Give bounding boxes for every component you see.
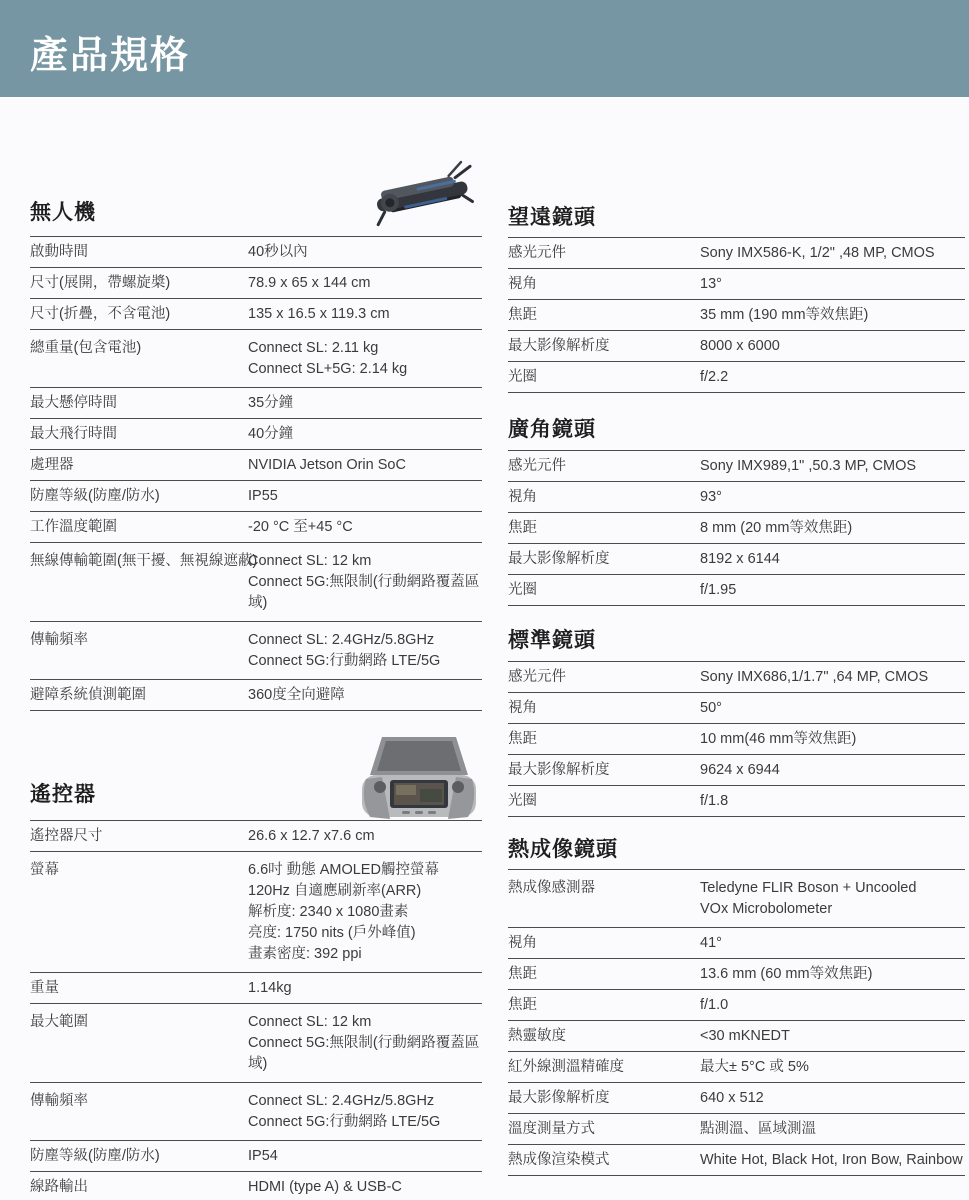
spec-value: Sony IMX989,1" ,50.3 MP, CMOS — [700, 456, 965, 477]
spec-value: 6.6吋 動態 AMOLED觸控螢幕120Hz 自適應刷新率(ARR)解析度: … — [248, 860, 482, 965]
spec-label: 焦距 — [508, 518, 700, 539]
spec-label: 焦距 — [508, 305, 700, 326]
spec-label: 無線傳輸範圍(無干擾、無視線遮蔽) — [30, 551, 248, 572]
spec-row: 最大影像解析度9624 x 6944 — [508, 755, 965, 786]
spec-row: 總重量(包含電池)Connect SL: 2.11 kgConnect SL+5… — [30, 330, 482, 388]
spec-label: 焦距 — [508, 995, 700, 1016]
spec-value: Connect SL: 2.4GHz/5.8GHzConnect 5G:行動網路… — [248, 630, 482, 672]
spec-value: Sony IMX586-K, 1/2" ,48 MP, CMOS — [700, 243, 965, 264]
section-title-remote: 遙控器 — [30, 778, 96, 808]
spec-label: 紅外線測溫精確度 — [508, 1057, 700, 1078]
spec-row: 最大影像解析度640 x 512 — [508, 1083, 965, 1114]
spec-label: 遙控器尺寸 — [30, 826, 248, 847]
spec-row: 工作溫度範圍-20 °C 至+45 °C — [30, 512, 482, 543]
spec-label: 尺寸(折疊，不含電池) — [30, 304, 248, 325]
spec-row: 熱成像渲染模式White Hot, Black Hot, Iron Bow, R… — [508, 1145, 965, 1176]
spec-label: 視角 — [508, 698, 700, 719]
spec-row: 最大影像解析度8000 x 6000 — [508, 331, 965, 362]
spec-label: 最大範圍 — [30, 1012, 248, 1033]
spec-label: 熱成像渲染模式 — [508, 1150, 700, 1171]
spec-value: 8192 x 6144 — [700, 549, 965, 570]
spec-label: 螢幕 — [30, 860, 248, 881]
spec-value: 1.14kg — [248, 978, 482, 999]
spec-label: 視角 — [508, 933, 700, 954]
controller-photo — [358, 731, 480, 827]
spec-label: 感光元件 — [508, 456, 700, 477]
spec-value: 35 mm (190 mm等效焦距) — [700, 305, 965, 326]
spec-value: Connect SL: 12 kmConnect 5G:無限制(行動網路覆蓋區域… — [248, 551, 482, 614]
spec-label: 熱成像感測器 — [508, 878, 700, 899]
spec-value: 40分鐘 — [248, 424, 482, 445]
spec-row: 啟動時間40秒以內 — [30, 237, 482, 268]
spec-row: 最大影像解析度8192 x 6144 — [508, 544, 965, 575]
section-title-drone: 無人機 — [30, 196, 96, 226]
spec-label: 感光元件 — [508, 667, 700, 688]
section-title-wide: 廣角鏡頭 — [508, 413, 596, 443]
spec-value: <30 mKNEDT — [700, 1026, 965, 1047]
spec-value: 點測溫、區域測溫 — [700, 1119, 965, 1140]
spec-label: 最大影像解析度 — [508, 1088, 700, 1109]
spec-row: 焦距8 mm (20 mm等效焦距) — [508, 513, 965, 544]
spec-label: 最大影像解析度 — [508, 336, 700, 357]
spec-row: 焦距10 mm(46 mm等效焦距) — [508, 724, 965, 755]
page-title: 產品規格 — [30, 24, 190, 79]
spec-row: 線路輸出HDMI (type A) & USB-C — [30, 1172, 482, 1200]
spec-row: 尺寸(展開，帶螺旋槳)78.9 x 65 x 144 cm — [30, 268, 482, 299]
spec-row: 視角93° — [508, 482, 965, 513]
spec-label: 避障系統偵測範圍 — [30, 685, 248, 706]
spec-label: 溫度測量方式 — [508, 1119, 700, 1140]
spec-label: 最大懸停時間 — [30, 393, 248, 414]
spec-value: Connect SL: 2.4GHz/5.8GHzConnect 5G:行動網路… — [248, 1091, 482, 1133]
spec-value: Teledyne FLIR Boson + UncooledVOx Microb… — [700, 878, 965, 920]
spec-value: 8 mm (20 mm等效焦距) — [700, 518, 965, 539]
spec-value: 8000 x 6000 — [700, 336, 965, 357]
spec-value: 13° — [700, 274, 965, 295]
spec-value: Sony IMX686,1/1.7" ,64 MP, CMOS — [700, 667, 965, 688]
spec-row: 傳輸頻率Connect SL: 2.4GHz/5.8GHzConnect 5G:… — [30, 622, 482, 680]
spec-value: 78.9 x 65 x 144 cm — [248, 273, 482, 294]
spec-row: 最大範圍Connect SL: 12 kmConnect 5G:無限制(行動網路… — [30, 1004, 482, 1083]
spec-value: White Hot, Black Hot, Iron Bow, Rainbow — [700, 1150, 965, 1171]
spec-value: NVIDIA Jetson Orin SoC — [248, 455, 482, 476]
spec-row: 螢幕6.6吋 動態 AMOLED觸控螢幕120Hz 自適應刷新率(ARR)解析度… — [30, 852, 482, 973]
spec-row: 感光元件Sony IMX586-K, 1/2" ,48 MP, CMOS — [508, 238, 965, 269]
spec-label: 處理器 — [30, 455, 248, 476]
spec-row: 視角41° — [508, 928, 965, 959]
tele-spec-table: 感光元件Sony IMX586-K, 1/2" ,48 MP, CMOS視角13… — [508, 237, 965, 393]
spec-value: 41° — [700, 933, 965, 954]
spec-value: -20 °C 至+45 °C — [248, 517, 482, 538]
spec-value: 360度全向避障 — [248, 685, 482, 706]
spec-row: 光圈f/1.95 — [508, 575, 965, 606]
spec-value: f/2.2 — [700, 367, 965, 388]
spec-label: 總重量(包含電池) — [30, 338, 248, 359]
spec-label: 防塵等級(防塵/防水) — [30, 1146, 248, 1167]
spec-value: 50° — [700, 698, 965, 719]
remote-spec-table: 遙控器尺寸26.6 x 12.7 x7.6 cm螢幕6.6吋 動態 AMOLED… — [30, 820, 482, 1200]
spec-row: 感光元件Sony IMX989,1" ,50.3 MP, CMOS — [508, 451, 965, 482]
spec-label: 重量 — [30, 978, 248, 999]
spec-sheet-page: 產品規格 無人機 啟動時間40秒以內尺寸(展開，帶螺旋槳)78.9 x 65 x… — [0, 0, 969, 1200]
spec-value: 40秒以內 — [248, 242, 482, 263]
spec-row: 遙控器尺寸26.6 x 12.7 x7.6 cm — [30, 821, 482, 852]
spec-row: 視角50° — [508, 693, 965, 724]
spec-label: 焦距 — [508, 729, 700, 750]
section-title-standard: 標準鏡頭 — [508, 624, 596, 654]
spec-row: 避障系統偵測範圍360度全向避障 — [30, 680, 482, 711]
spec-label: 光圈 — [508, 580, 700, 601]
spec-row: 重量1.14kg — [30, 973, 482, 1004]
page-header-banner: 產品規格 — [0, 0, 969, 97]
spec-value: IP54 — [248, 1146, 482, 1167]
spec-label: 感光元件 — [508, 243, 700, 264]
spec-value: 35分鐘 — [248, 393, 482, 414]
spec-label: 焦距 — [508, 964, 700, 985]
spec-row: 視角13° — [508, 269, 965, 300]
spec-row: 最大飛行時間40分鐘 — [30, 419, 482, 450]
spec-row: 光圈f/1.8 — [508, 786, 965, 817]
spec-value: 135 x 16.5 x 119.3 cm — [248, 304, 482, 325]
spec-value: HDMI (type A) & USB-C — [248, 1177, 482, 1198]
thermal-spec-table: 熱成像感測器Teledyne FLIR Boson + UncooledVOx … — [508, 869, 965, 1176]
spec-row: 防塵等級(防塵/防水)IP55 — [30, 481, 482, 512]
spec-value: f/1.95 — [700, 580, 965, 601]
spec-label: 視角 — [508, 274, 700, 295]
spec-value: f/1.0 — [700, 995, 965, 1016]
spec-row: 傳輸頻率Connect SL: 2.4GHz/5.8GHzConnect 5G:… — [30, 1083, 482, 1141]
spec-label: 最大影像解析度 — [508, 760, 700, 781]
spec-value: Connect SL: 2.11 kgConnect SL+5G: 2.14 k… — [248, 338, 482, 380]
spec-row: 熱靈敏度<30 mKNEDT — [508, 1021, 965, 1052]
spec-row: 焦距13.6 mm (60 mm等效焦距) — [508, 959, 965, 990]
spec-row: 最大懸停時間35分鐘 — [30, 388, 482, 419]
spec-label: 熱靈敏度 — [508, 1026, 700, 1047]
spec-value: 640 x 512 — [700, 1088, 965, 1109]
spec-value: Connect SL: 12 kmConnect 5G:無限制(行動網路覆蓋區域… — [248, 1012, 482, 1075]
spec-label: 視角 — [508, 487, 700, 508]
drone-spec-table: 啟動時間40秒以內尺寸(展開，帶螺旋槳)78.9 x 65 x 144 cm尺寸… — [30, 236, 482, 711]
spec-value: 93° — [700, 487, 965, 508]
spec-value: 13.6 mm (60 mm等效焦距) — [700, 964, 965, 985]
spec-row: 尺寸(折疊，不含電池)135 x 16.5 x 119.3 cm — [30, 299, 482, 330]
spec-label: 最大飛行時間 — [30, 424, 248, 445]
spec-value: 9624 x 6944 — [700, 760, 965, 781]
spec-label: 啟動時間 — [30, 242, 248, 263]
section-title-tele: 望遠鏡頭 — [508, 201, 596, 231]
spec-label: 線路輸出 — [30, 1177, 248, 1198]
spec-row: 焦距f/1.0 — [508, 990, 965, 1021]
spec-value: 26.6 x 12.7 x7.6 cm — [248, 826, 482, 847]
standard-spec-table: 感光元件Sony IMX686,1/1.7" ,64 MP, CMOS視角50°… — [508, 661, 965, 817]
spec-label: 傳輸頻率 — [30, 1091, 248, 1112]
spec-label: 光圈 — [508, 367, 700, 388]
spec-label: 傳輸頻率 — [30, 630, 248, 651]
wide-spec-table: 感光元件Sony IMX989,1" ,50.3 MP, CMOS視角93°焦距… — [508, 450, 965, 606]
spec-label: 最大影像解析度 — [508, 549, 700, 570]
spec-label: 工作溫度範圍 — [30, 517, 248, 538]
spec-value: 最大± 5°C 或 5% — [700, 1057, 965, 1078]
spec-value: IP55 — [248, 486, 482, 507]
spec-row: 防塵等級(防塵/防水)IP54 — [30, 1141, 482, 1172]
spec-value: f/1.8 — [700, 791, 965, 812]
section-title-thermal: 熱成像鏡頭 — [508, 833, 618, 863]
spec-row: 光圈f/2.2 — [508, 362, 965, 393]
drone-photo — [363, 160, 481, 232]
spec-label: 尺寸(展開，帶螺旋槳) — [30, 273, 248, 294]
spec-row: 紅外線測溫精確度最大± 5°C 或 5% — [508, 1052, 965, 1083]
spec-row: 溫度測量方式點測溫、區域測溫 — [508, 1114, 965, 1145]
spec-row: 無線傳輸範圍(無干擾、無視線遮蔽)Connect SL: 12 kmConnec… — [30, 543, 482, 622]
spec-row: 熱成像感測器Teledyne FLIR Boson + UncooledVOx … — [508, 870, 965, 928]
spec-row: 焦距35 mm (190 mm等效焦距) — [508, 300, 965, 331]
spec-label: 光圈 — [508, 791, 700, 812]
spec-row: 感光元件Sony IMX686,1/1.7" ,64 MP, CMOS — [508, 662, 965, 693]
spec-label: 防塵等級(防塵/防水) — [30, 486, 248, 507]
spec-value: 10 mm(46 mm等效焦距) — [700, 729, 965, 750]
spec-row: 處理器NVIDIA Jetson Orin SoC — [30, 450, 482, 481]
